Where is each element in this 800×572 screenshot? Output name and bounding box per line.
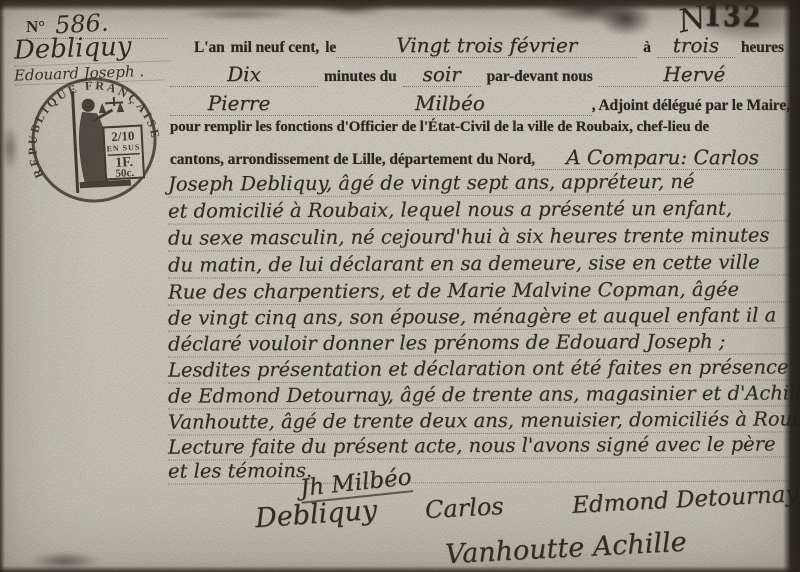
- handwriting-body-line: du sexe masculin, né cejourd'hui à six h…: [168, 222, 790, 251]
- form-line-functions: pour remplir les fonctions d'Officier de…: [170, 119, 790, 136]
- handwriting-body-line: de Edmond Detournay, âgé de trente ans, …: [168, 380, 790, 409]
- scan-edge-bottom: [0, 566, 800, 572]
- signature-witness1: Edmond Detournay: [571, 481, 799, 519]
- print-lan: L'an: [194, 39, 225, 57]
- handwriting-body-line: Rue des charpentiers, et de Marie Malvin…: [168, 276, 790, 305]
- handwriting-officer-surname: Milbéo: [308, 91, 592, 116]
- handwriting-officer-name2: Pierre: [170, 91, 308, 116]
- print-le: le: [325, 39, 336, 57]
- handwriting-body-line: du matin, de lui déclarant en sa demeure…: [168, 249, 790, 278]
- handwriting-officer-name1: Hervé: [599, 62, 790, 87]
- scan-edge-top: [0, 0, 800, 11]
- handwriting-day-month: Vingt trois février: [336, 33, 637, 58]
- print-cantons: cantons, arrondissement de Lille, départ…: [170, 151, 535, 169]
- form-line-cantons: cantons, arrondissement de Lille, départ…: [170, 145, 790, 170]
- fiscal-stamp-seal: RÉPUBLIQUE FRANÇAISE 2/10 EN SUS 1F. 50c…: [25, 71, 164, 210]
- signature-father-surname: Debliquy: [254, 495, 378, 534]
- print-par-devant-nous: par-devant nous: [487, 68, 593, 86]
- handwriting-body-line: de vingt cinq ans, son épouse, ménagère …: [168, 302, 790, 331]
- print-fonctions: pour remplir les fonctions d'Officier de…: [170, 119, 709, 136]
- register-page-scan: N° 586. Debliquy Edouard Joseph . RÉPUBL…: [0, 0, 800, 572]
- handwriting-soir: soir: [403, 62, 481, 87]
- form-line-date: L'an mil neuf cent, le Vingt trois févri…: [170, 33, 790, 58]
- print-minutes-du: minutes du: [324, 68, 397, 86]
- print-heures: heures: [741, 39, 784, 57]
- handwriting-body-line: Lesdites présentation et déclaration ont…: [168, 354, 790, 383]
- handwriting-body-line: et domicilié à Roubaix, lequel nous a pr…: [168, 195, 790, 224]
- stamp-tax-cent: 50c.: [115, 167, 134, 180]
- handwriting-a-comparu: A Comparu: Carlos: [535, 145, 790, 170]
- print-adjoint: , Adjoint délégué par le Maire,: [592, 97, 790, 115]
- scan-edge-right: [783, 0, 800, 572]
- stamp-tax-note: EN SUS: [106, 143, 140, 154]
- handwriting-body-line: Joseph Debliquy, âgé de vingt sept ans, …: [168, 168, 790, 197]
- handwriting-body-line: et les témoins.: [168, 455, 790, 484]
- handwriting-hour: trois: [657, 33, 735, 58]
- scan-edge-left: [0, 0, 5, 572]
- form-line-minutes: Dix minutes du soir par-devant nous Herv…: [170, 62, 790, 87]
- signature-father-firstname: Carlos: [424, 492, 504, 524]
- print-a: à: [643, 39, 651, 57]
- stamp-tax-box: 2/10 EN SUS 1F. 50c.: [103, 126, 144, 181]
- handwriting-body-line: déclaré vouloir donner les prénoms de Ed…: [168, 328, 790, 357]
- form-line-officer: Pierre Milbéo , Adjoint délégué par le M…: [170, 91, 790, 116]
- handwriting-minutes: Dix: [170, 62, 318, 87]
- signature-witness2: Vanhoutte Achille: [444, 527, 687, 571]
- print-mil-neuf-cent: mil neuf cent,: [231, 39, 320, 57]
- stamp-tax-rate: 2/10: [111, 128, 135, 144]
